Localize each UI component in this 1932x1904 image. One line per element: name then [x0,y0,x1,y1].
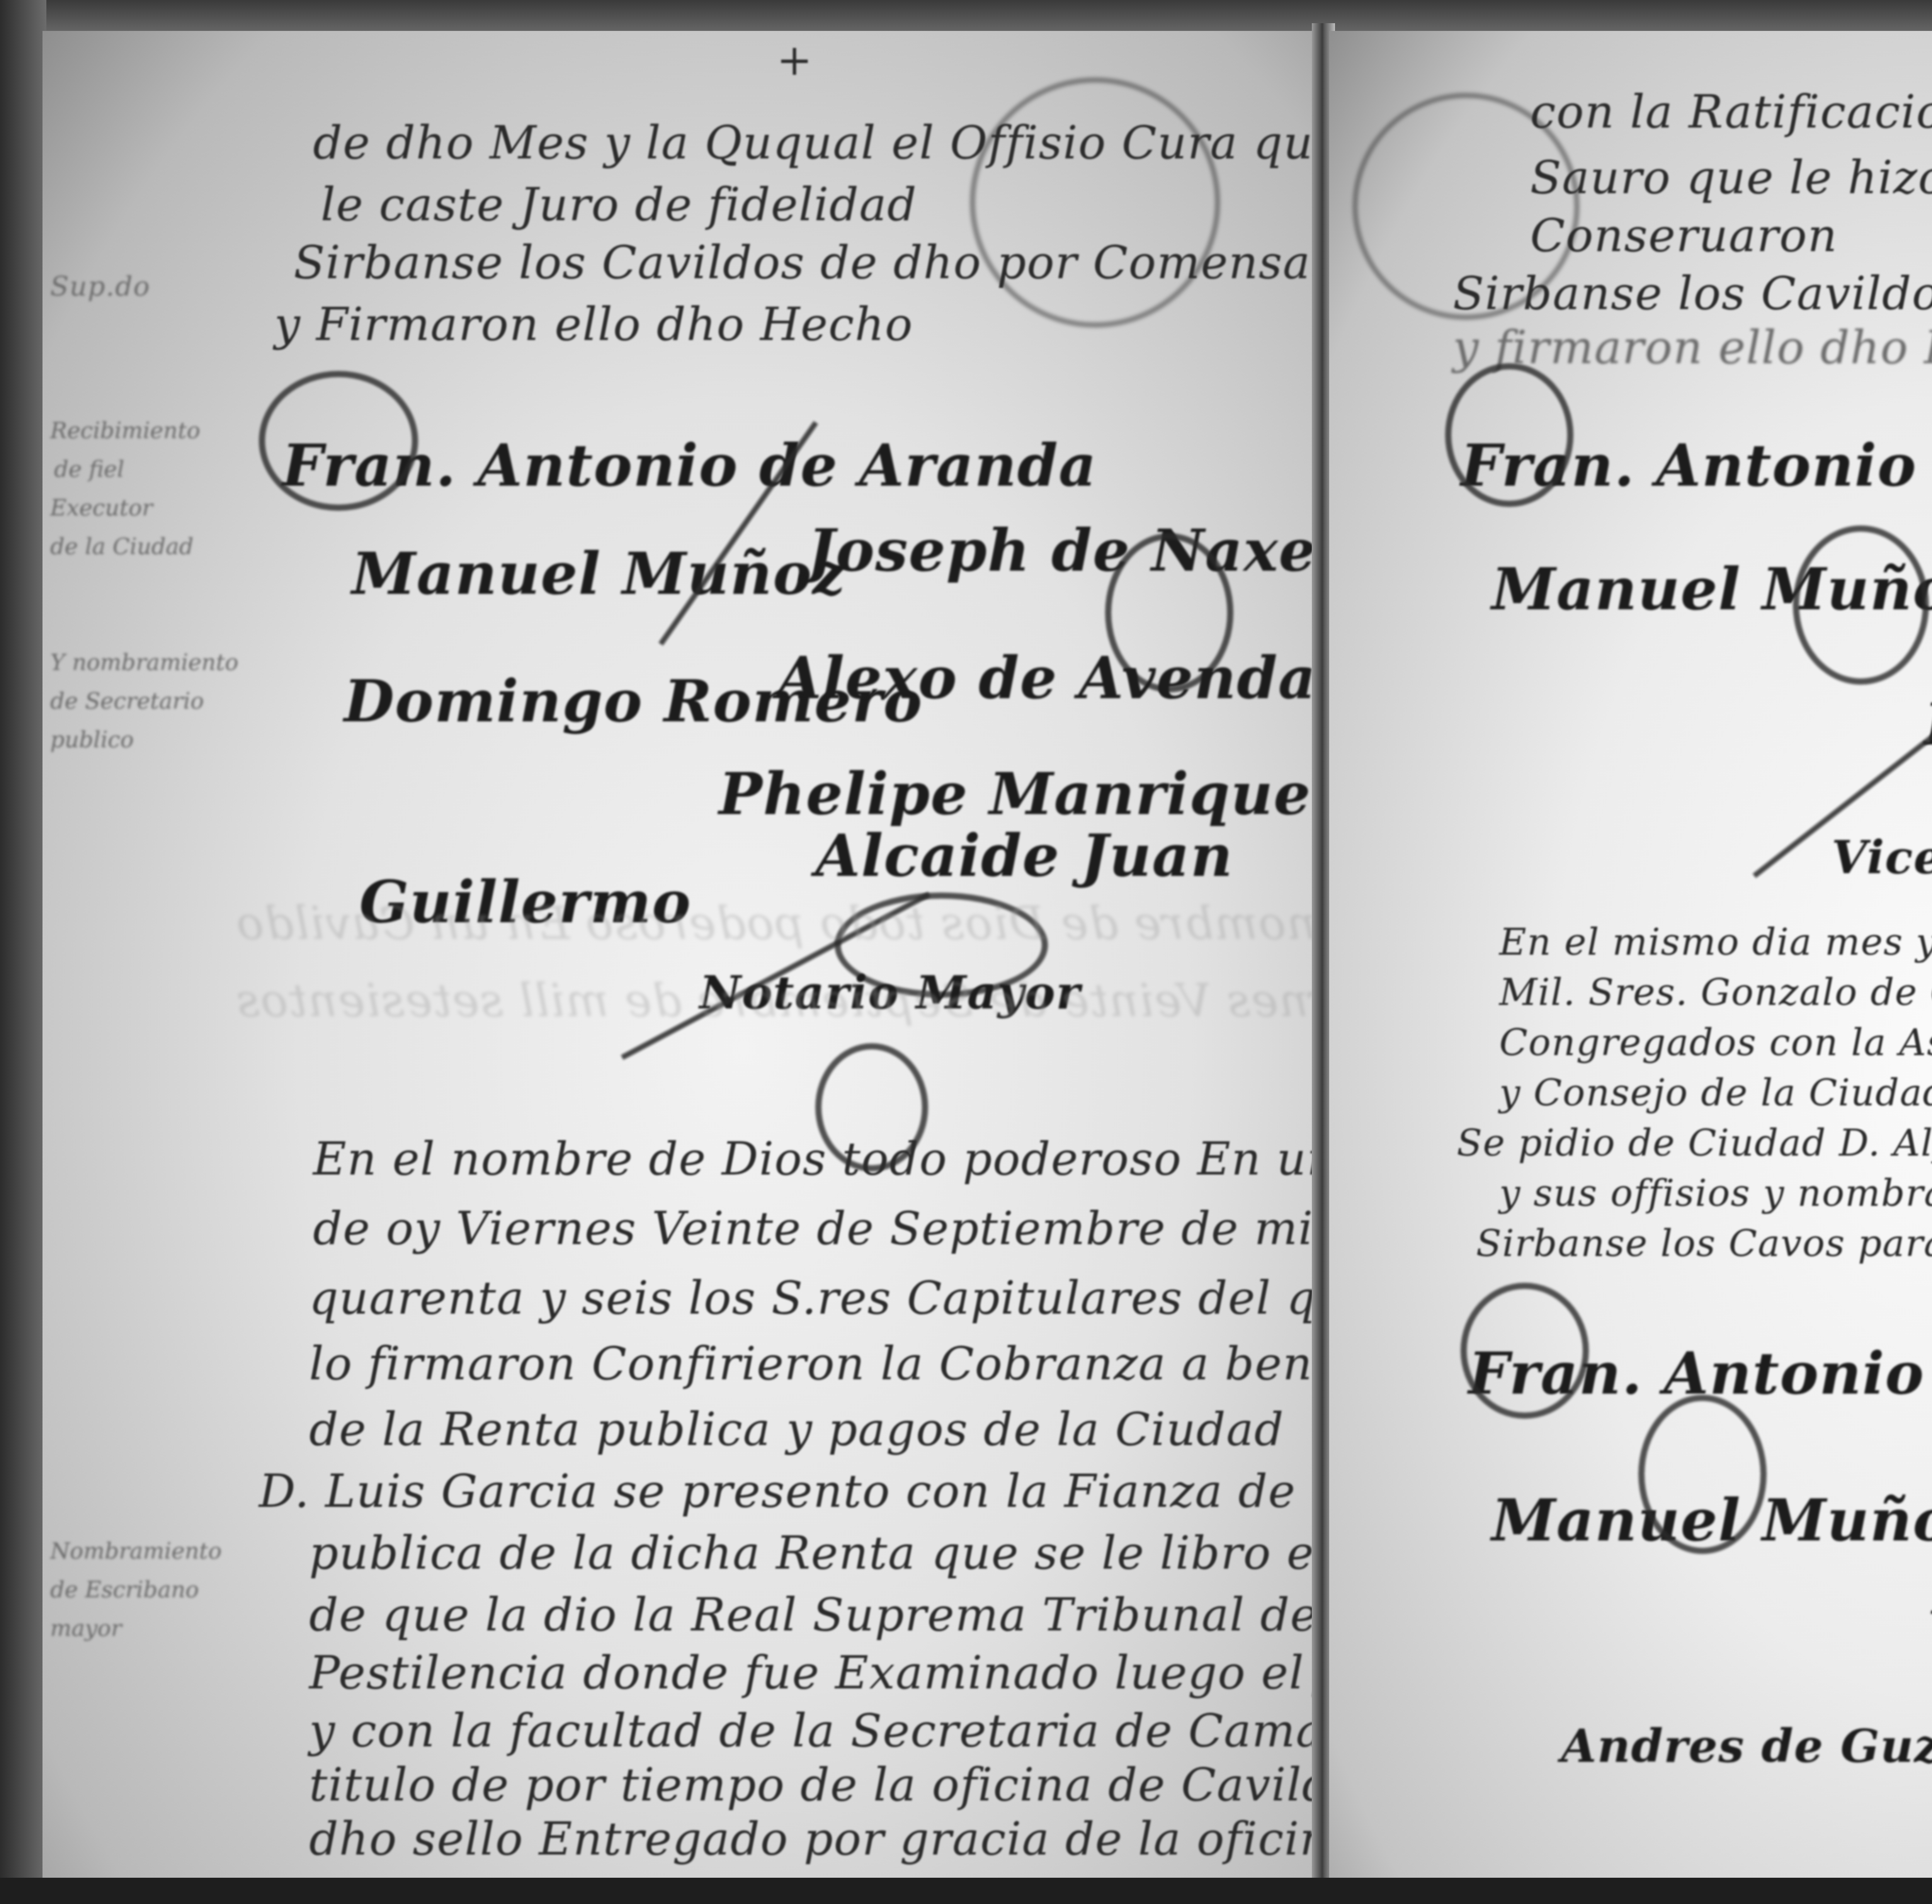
opening-line-3: Conseruaron [1530,212,1838,258]
margin-left-note: Sup.do [50,270,150,302]
signature-flourish [1445,363,1573,507]
margin-note: de Secretario [50,688,204,714]
paragraph-line-7: Sirbanse los Cavos para otro por Comensa… [1476,1225,1932,1262]
signature-flourish [1461,1283,1589,1419]
margin-note: Recibimiento [50,417,200,444]
ink-seal-bleedthrough [970,77,1220,328]
paragraph-line-1: En el nombre de Dios todo poderoso En un… [313,1136,1318,1181]
right-folio: + 475 con la Ratificacion de Gobernador … [1329,31,1932,1882]
signature-flourish [259,371,418,511]
signature-flourish [1638,1395,1767,1554]
opening-line-2: Sauro que le hizo Luis lo ynformo de dha… [1530,155,1932,200]
paragraph-line-3: Congregados con la Asistencia del Ayunta… [1499,1024,1932,1061]
margin-note: Executor [50,495,153,521]
paragraph-line-7: publica de la dicha Renta que se le libr… [309,1530,1318,1576]
signature: Vicente Mendez [1832,835,1932,880]
signature-flourish [1793,525,1929,685]
paragraph-line-9: Pestilencia donde fue Examinado luego el… [309,1650,1318,1695]
paragraph-line-6: D. Luis Garcia se presento con la Fianza… [259,1468,1318,1514]
opening-line-3: Sirbanse los Cavildos de dho por Comensa… [294,240,1318,285]
margin-note: mayor [50,1615,122,1641]
signature: Phelipe Manrique [719,765,1311,823]
paragraph-line-2: Mil. Sres. Gonzalo de Gongora y la Suert… [1499,974,1932,1011]
bleedthrough-text: de oy Viernes Veinte de Septiembre de mi… [236,977,1318,1023]
paragraph-line-4: lo firmaron Confirieron la Cobranza a be… [309,1341,1318,1386]
left-folio: + de dho Mes y la Ququal el Offisio Cura… [43,31,1318,1882]
margin-note: de Escribano [50,1576,199,1603]
margin-note: publico [50,726,134,753]
paragraph-line-1: En el mismo dia mes y año dho. Estando d… [1499,923,1932,960]
margin-note: Nombramiento [50,1538,222,1564]
opening-line-2: le caste Juro de fidelidad [321,182,917,227]
margin-note: de la Ciudad [50,533,194,559]
paragraph-line-10: y con la facultad de la Secretaria de Ca… [309,1708,1318,1753]
signature: Joseph de Naxera [808,522,1318,580]
margin-note: de fiel [54,456,124,482]
margin-note: Y nombramiento [50,649,238,675]
paragraph-line-4: y Consejo de la Ciudad y pagos [1499,1074,1932,1111]
paragraph-line-5: de la Renta publica y pagos de la Ciudad [309,1406,1284,1452]
bleedthrough-text: En el nombre de Dios todo poderoso En un… [236,900,1318,946]
paragraph-line-8: de que la dio la Real Suprema Tribunal d… [309,1592,1318,1637]
opening-line-1: con la Ratificacion de Gobernador deste … [1530,89,1932,134]
cross-mark: + [777,39,813,81]
signature: Alcaide Juan [815,827,1233,885]
paragraph-line-11: titulo de por tiempo de la oficina de Ca… [309,1762,1318,1807]
signature: Andres de Guzman [1561,1723,1932,1769]
signature: Manuel Muñoz [352,545,846,603]
film-edge-bottom [0,1878,1932,1904]
film-edge-left [0,0,46,1904]
film-edge-top [0,0,1932,35]
opening-line-5: y firmaron ello dho Fecha [1453,325,1932,370]
opening-line-4: y Firmaron ello dho Hecho [274,301,913,347]
paragraph-line-3: quarenta y seis los S.res Capitulares de… [309,1275,1318,1321]
opening-line-1: de dho Mes y la Ququal el Offisio Cura q… [313,120,1318,165]
opening-line-4: Sirbanse los Cavildos y sus actos, ser p… [1453,270,1932,316]
signature: Alexo de Avendaño [777,649,1318,707]
paragraph-line-2: de oy Viernes Veinte de Septiembre de mi… [313,1205,1318,1251]
paragraph-line-5: Se pidio de Ciudad D. Alfonso Fernandez … [1457,1124,1932,1161]
paragraph-line-6: y sus offisios y nombrados y pagos lo qu… [1499,1175,1932,1212]
paragraph-line-12: dho sello Entregado por gracia de la ofi… [309,1816,1318,1861]
